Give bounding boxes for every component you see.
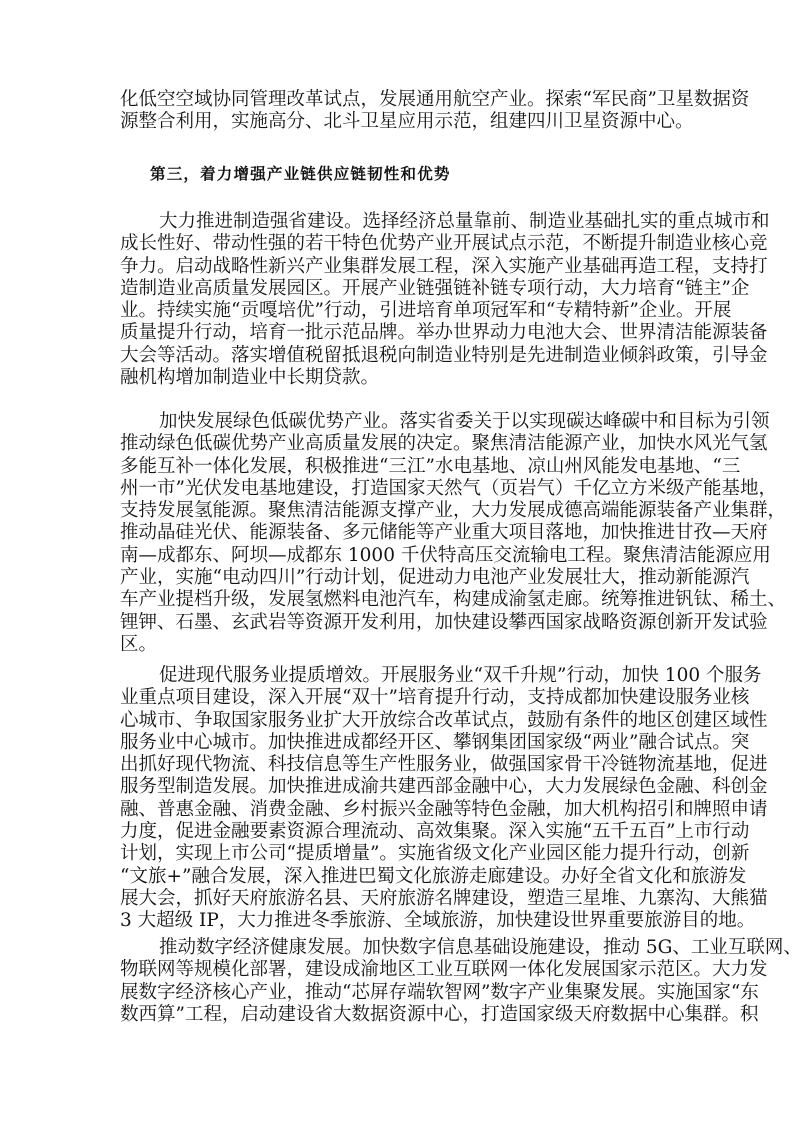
paragraph-modern-services: 促进现代服务业提质增效。开展服务业“双千升规”行动，加快 100 个服务 业重点… bbox=[120, 665, 673, 933]
text-line: 推动数字经济健康发展。加快数字信息基础设施建设，推动 5G、工业互联网、 bbox=[120, 937, 673, 959]
text-line: 展数字经济核心产业，推动“芯屏存端软智网”数字产业集聚发展。实施国家“东 bbox=[120, 982, 673, 1004]
text-line: 成长性好、带动性强的若干特色优势产业开展试点示范，不断提升制造业核心竞 bbox=[120, 233, 673, 255]
text-line: 争力。启动战略性新兴产业集群发展工程，深入实施产业基础再造工程，支持打 bbox=[120, 256, 673, 278]
text-line: 心城市、争取国家服务业扩大开放综合改革试点，鼓励有条件的地区创建区域性 bbox=[120, 710, 673, 732]
text-line: 推动绿色低碳优势产业高质量发展的决定。聚焦清洁能源产业，加快水风光气氢 bbox=[120, 433, 673, 455]
text-line: 服务业中心城市。加快推进成都经开区、攀钢集团国家级“两业”融合试点。突 bbox=[120, 732, 673, 754]
text-line: 业。持续实施“贡嘎培优”行动，引进培育单项冠军和“专精特新”企业。开展 bbox=[120, 300, 673, 322]
text-line: 物联网等规模化部署，建设成渝地区工业互联网一体化发展国家示范区。大力发 bbox=[120, 959, 673, 981]
paragraph-green-industry: 加快发展绿色低碳优势产业。落实省委关于以实现碳达峰碳中和目标为引领 推动绿色低碳… bbox=[120, 411, 673, 656]
text-line: 数西算”工程，启动建设省大数据资源中心，打造国家级天府数据中心集群。积 bbox=[120, 1004, 673, 1026]
document-page: 化低空空域协同管理改革试点，发展通用航空产业。探索“军民商”卫星数据资 源整合利… bbox=[0, 0, 793, 1122]
text-line: 业重点项目建设，深入开展“双十”培育提升行动，支持成都加快建设服务业核 bbox=[120, 687, 673, 709]
text-line: 出抓好现代物流、科技信息等生产性服务业，做强国家骨干冷链物流基地，促进 bbox=[120, 754, 673, 776]
text-line: 力度，促进金融要素资源合理流动、高效集聚。深入实施“五千五百”上市行动 bbox=[120, 821, 673, 843]
section-heading: 第三，着力增强产业链供应链韧性和优势 bbox=[150, 163, 451, 185]
text-line: 产业，实施“电动四川”行动计划，促进动力电池产业发展壮大，推动新能源汽 bbox=[120, 567, 673, 589]
text-line: 加快发展绿色低碳优势产业。落实省委关于以实现碳达峰碳中和目标为引领 bbox=[120, 411, 673, 433]
text-line: 源整合利用，实施高分、北斗卫星应用示范，组建四川卫星资源中心。 bbox=[120, 111, 673, 133]
text-line: 多能互补一体化发展，积极推进“三江”水电基地、凉山州风能发电基地、“三 bbox=[120, 456, 673, 478]
text-line: 大力推进制造强省建设。选择经济总量靠前、制造业基础扎实的重点城市和 bbox=[120, 211, 673, 233]
text-line: 支持发展氢能源。聚焦清洁能源支撑产业，大力发展成德高端能源装备产业集群， bbox=[120, 500, 673, 522]
text-line: 造制造业高质量发展园区。开展产业链强链补链专项行动，大力培育“链主”企 bbox=[120, 278, 673, 300]
text-line: 融、普惠金融、消费金融、乡村振兴金融等特色金融，加大机构招引和牌照申请 bbox=[120, 799, 673, 821]
text-line: 区。 bbox=[120, 634, 673, 656]
text-line: “文旅+”融合发展，深入推进巴蜀文化旅游走廊建设。办好全省文化和旅游发 bbox=[120, 866, 673, 888]
text-line: 车产业提档升级，发展氢燃料电池汽车，构建成渝氢走廊。统筹推进钒钛、稀土、 bbox=[120, 589, 673, 611]
text-line: 质量提升行动，培育一批示范品牌。举办世界动力电池大会、世界清洁能源装备 bbox=[120, 322, 673, 344]
text-line: 推动晶硅光伏、能源装备、多元储能等产业重大项目落地，加快推进甘孜—天府 bbox=[120, 522, 673, 544]
text-line: 融机构增加制造业中长期贷款。 bbox=[120, 367, 673, 389]
text-line: 3 大超级 IP，大力推进冬季旅游、全域旅游，加快建设世界重要旅游目的地。 bbox=[120, 910, 673, 932]
text-line: 南—成都东、阿坝—成都东 1000 千伏特高压交流输电工程。聚焦清洁能源应用 bbox=[120, 545, 673, 567]
text-line: 锂钾、石墨、玄武岩等资源开发利用，加快建设攀西国家战略资源创新开发试验 bbox=[120, 612, 673, 634]
text-line: 计划，实现上市公司“提质增量”。实施省级文化产业园区能力提升行动，创新 bbox=[120, 843, 673, 865]
text-line: 服务型制造发展。加快推进成渝共建西部金融中心，大力发展绿色金融、科创金 bbox=[120, 776, 673, 798]
paragraph-manufacturing: 大力推进制造强省建设。选择经济总量靠前、制造业基础扎实的重点城市和 成长性好、带… bbox=[120, 211, 673, 389]
paragraph-digital-economy: 推动数字经济健康发展。加快数字信息基础设施建设，推动 5G、工业互联网、 物联网… bbox=[120, 937, 673, 1026]
text-line: 展大会，抓好天府旅游名县、天府旅游名牌建设，塑造三星堆、九寨沟、大熊猫 bbox=[120, 888, 673, 910]
text-line: 州一市”光伏发电基地建设，打造国家天然气（页岩气）千亿立方米级产能基地， bbox=[120, 478, 673, 500]
text-line: 化低空空域协同管理改革试点，发展通用航空产业。探索“军民商”卫星数据资 bbox=[120, 89, 673, 111]
text-line: 促进现代服务业提质增效。开展服务业“双千升规”行动，加快 100 个服务 bbox=[120, 665, 673, 687]
continuation-paragraph: 化低空空域协同管理改革试点，发展通用航空产业。探索“军民商”卫星数据资 源整合利… bbox=[120, 89, 673, 134]
text-line: 大会等活动。落实增值税留抵退税向制造业特别是先进制造业倾斜政策，引导金 bbox=[120, 345, 673, 367]
